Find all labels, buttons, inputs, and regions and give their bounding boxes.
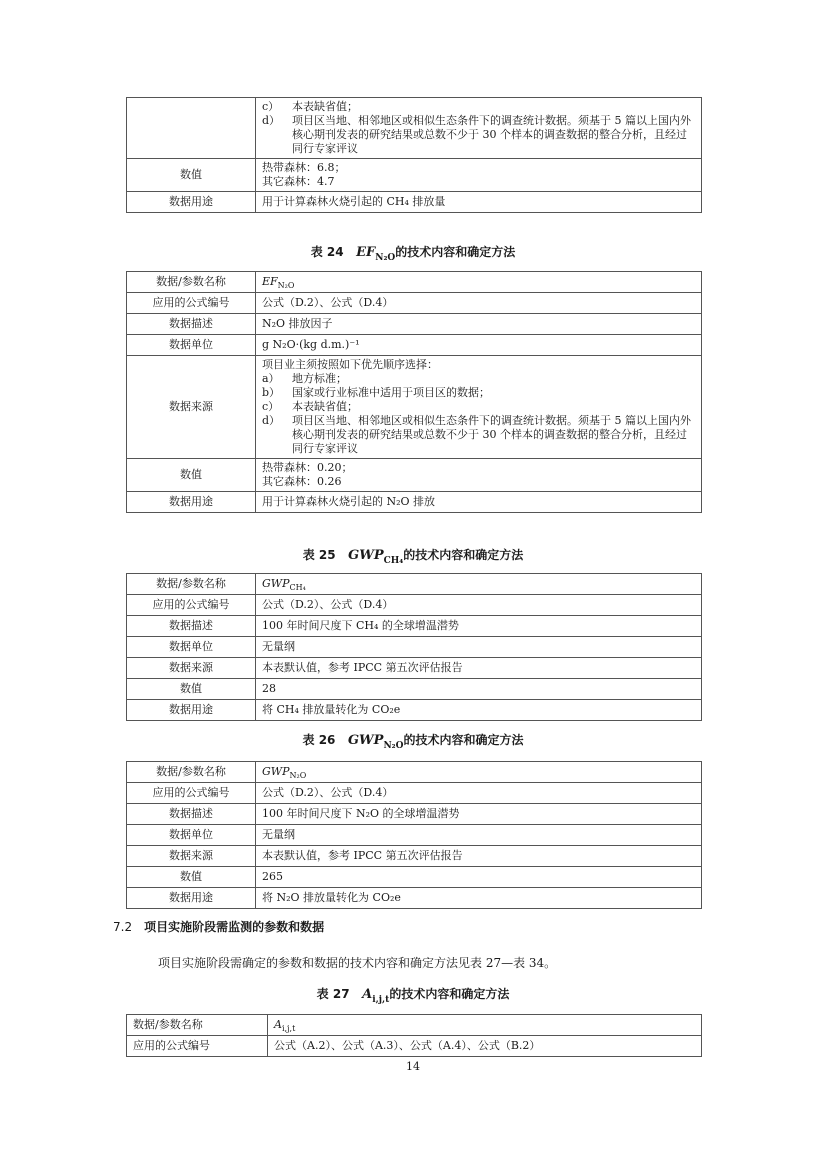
row-value: 无量纲 [256,825,702,846]
row-value: 公式（D.2）、公式（D.4） [256,595,702,616]
usage-label: 数据用途 [127,492,256,513]
row-value: 将 CH₄ 排放量转化为 CO₂e [256,700,702,721]
table25: 数据/参数名称 GWPCH₄ 应用的公式编号公式（D.2）、公式（D.4） 数据… [126,573,702,721]
row-label: 数据来源 [127,846,256,867]
value-label: 数值 [127,159,256,192]
usage-label: 数据用途 [127,192,256,213]
row-label: 数据单位 [127,335,256,356]
list-item: c）本表缺省值； [262,400,695,414]
row-label: 数据/参数名称 [127,272,256,293]
row-value: 本表默认值，参考 IPCC 第五次评估报告 [256,658,702,679]
value-cell: 热带森林：6.8； 其它森林：4.7 [256,159,702,192]
row-label: 应用的公式编号 [127,1036,268,1057]
row-label: 数值 [127,867,256,888]
row-label: 数据来源 [127,658,256,679]
row-label: 数据描述 [127,314,256,335]
source-items-cell: c） 本表缺省值； d） 项目区当地、相邻地区或相似生态条件下的调查统计数据。须… [256,98,702,159]
param-name: GWPCH₄ [256,574,702,595]
list-item: b）国家或行业标准中适用于项目区的数据； [262,386,695,400]
table25-caption: 表 25 GWPCH₄的技术内容和确定方法 [0,546,826,563]
table27: 数据/参数名称 Ai,j,t 应用的公式编号 公式（A.2）、公式（A.3）、公… [126,1014,702,1057]
row-label: 应用的公式编号 [127,595,256,616]
list-item: a）地方标准； [262,372,695,386]
row-label: 数据/参数名称 [127,1015,268,1036]
value-label: 数值 [127,459,256,492]
row-value: 28 [256,679,702,700]
value-cell: 热带森林：0.20； 其它森林：0.26 [256,459,702,492]
table26: 数据/参数名称 GWPN₂O 应用的公式编号公式（D.2）、公式（D.4） 数据… [126,761,702,909]
source-label-cell [127,98,256,159]
row-label: 数据/参数名称 [127,762,256,783]
source-label: 数据来源 [127,356,256,459]
row-value: 100 年时间尺度下 CH₄ 的全球增温潜势 [256,616,702,637]
param-name: EFN₂O [256,272,702,293]
row-value: 本表默认值，参考 IPCC 第五次评估报告 [256,846,702,867]
row-value: 无量纲 [256,637,702,658]
list-item: d） 项目区当地、相邻地区或相似生态条件下的调查统计数据。须基于 5 篇以上国内… [262,114,695,156]
row-value: 公式（D.2）、公式（D.4） [256,783,702,804]
row-label: 应用的公式编号 [127,293,256,314]
page-number: 14 [0,1060,826,1073]
row-label: 数据描述 [127,804,256,825]
table27-caption: 表 27 Ai,j,t的技术内容和确定方法 [0,985,826,1002]
row-label: 数值 [127,679,256,700]
row-value: 265 [256,867,702,888]
row-label: 数据描述 [127,616,256,637]
usage-value: 用于计算森林火烧引起的 N₂O 排放 [256,492,702,513]
row-label: 数据用途 [127,888,256,909]
row-value: N₂O 排放因子 [256,314,702,335]
row-value: 100 年时间尺度下 N₂O 的全球增温潜势 [256,804,702,825]
row-value: 公式（D.2）、公式（D.4） [256,293,702,314]
list-item: d）项目区当地、相邻地区或相似生态条件下的调查统计数据。须基于 5 篇以上国内外… [262,414,695,456]
row-label: 数据单位 [127,825,256,846]
table26-caption: 表 26 GWPN₂O的技术内容和确定方法 [0,731,826,748]
row-label: 数据单位 [127,637,256,658]
row-value: 公式（A.2）、公式（A.3）、公式（A.4）、公式（B.2） [268,1036,702,1057]
usage-value: 用于计算森林火烧引起的 CH₄ 排放量 [256,192,702,213]
row-label: 应用的公式编号 [127,783,256,804]
source-cell: 项目业主须按照如下优先顺序选择： a）地方标准； b）国家或行业标准中适用于项目… [256,356,702,459]
param-name: Ai,j,t [268,1015,702,1036]
row-label: 数据用途 [127,700,256,721]
section-heading: 7.2项目实施阶段需监测的参数和数据 [113,918,324,935]
param-name: GWPN₂O [256,762,702,783]
row-label: 数据/参数名称 [127,574,256,595]
list-item: c） 本表缺省值； [262,100,695,114]
table24-caption: 表 24 EFN₂O的技术内容和确定方法 [0,243,826,260]
row-value: g N₂O·(kg d.m.)⁻¹ [256,335,702,356]
continuation-table: c） 本表缺省值； d） 项目区当地、相邻地区或相似生态条件下的调查统计数据。须… [126,97,702,213]
section-paragraph: 项目实施阶段需确定的参数和数据的技术内容和确定方法见表 27—表 34。 [158,954,556,971]
row-value: 将 N₂O 排放量转化为 CO₂e [256,888,702,909]
table24: 数据/参数名称 EFN₂O 应用的公式编号 公式（D.2）、公式（D.4） 数据… [126,271,702,513]
